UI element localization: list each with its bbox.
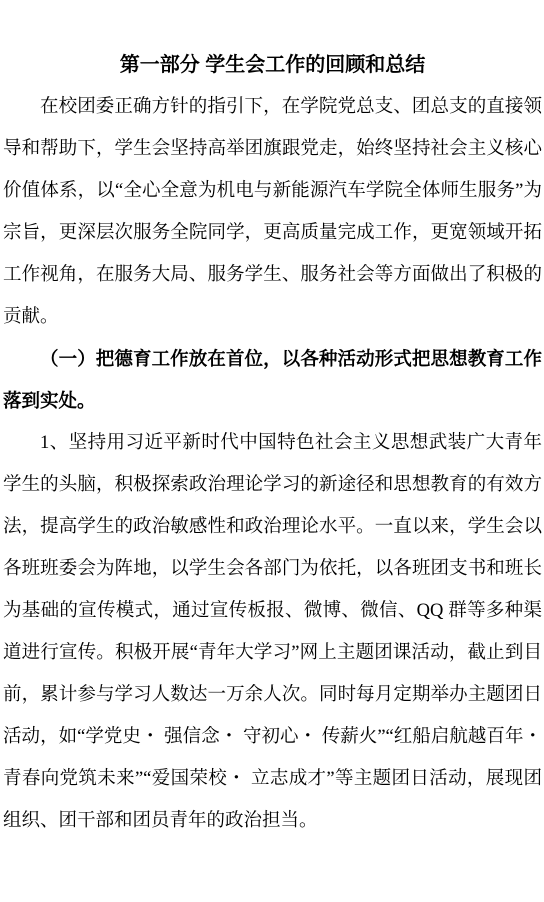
paragraph-item-1: 1、坚持用习近平新时代中国特色社会主义思想武装广大青年学生的头脑，积极探索政治理…: [3, 422, 542, 842]
paragraph-intro: 在校团委正确方针的指引下，在学院党总支、团总支的直接领导和帮助下，学生会坚持高举…: [3, 86, 542, 338]
section-heading: （一）把德育工作放在首位，以各种活动形式把思想教育工作落到实处。: [3, 338, 542, 422]
document-page: 第一部分 学生会工作的回顾和总结 在校团委正确方针的指引下，在学院党总支、团总支…: [0, 0, 544, 902]
document-title-text: 第一部分 学生会工作的回顾和总结: [120, 54, 426, 76]
document-title: 第一部分 学生会工作的回顾和总结: [3, 44, 542, 86]
